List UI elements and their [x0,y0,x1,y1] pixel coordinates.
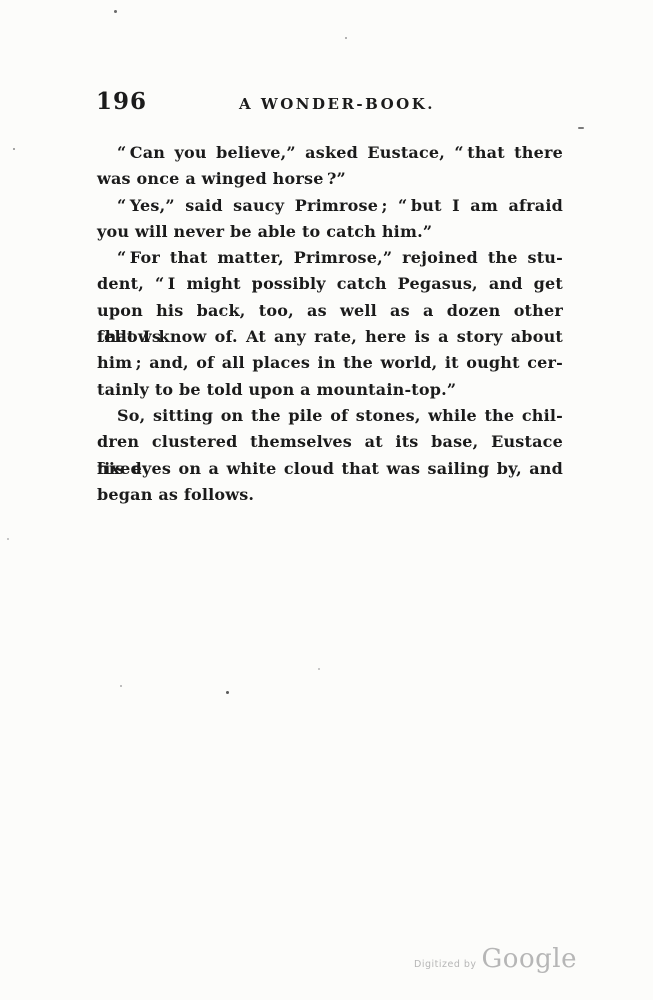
text-line: “ Yes,” said saucy Primrose ; “ but I am… [97,193,563,219]
text-line: dent, “ I might possibly catch Pegasus, … [97,271,563,297]
body-text: “ Can you believe,” asked Eustace, “ tha… [97,140,563,508]
scan-speck-6 [7,538,9,540]
google-logo: Google [482,946,577,972]
text-line: upon his back, too, as well as a dozen o… [97,298,563,324]
scan-speck-5 [221,314,223,316]
digitized-watermark: Digitized by Google [414,946,577,972]
scan-speck-7 [120,685,122,687]
text-line: So, sitting on the pile of stones, while… [97,403,563,429]
text-line: “ Can you believe,” asked Eustace, “ tha… [97,140,563,166]
text-line: tainly to be told upon a mountain-top.” [97,377,563,403]
scan-speck-2 [345,37,347,39]
digitized-by-label: Digitized by [414,959,477,970]
text-line: you will never be able to catch him.” [97,219,563,245]
scan-speck-9 [318,668,320,670]
text-line: him ; and, of all places in the world, i… [97,350,563,376]
scan-speck-1 [114,10,117,13]
running-title: A WONDER-BOOK. [239,97,435,112]
text-line: dren clustered themselves at its base, E… [97,429,563,455]
scan-speck-3 [578,127,584,129]
text-line: began as follows. [97,482,563,508]
scanned-book-page: 196 A WONDER-BOOK. “ Can you believe,” a… [0,0,653,1000]
page-number: 196 [96,90,147,113]
text-line: that I know of. At any rate, here is a s… [97,324,563,350]
scan-speck-8 [226,691,229,694]
text-line: was once a winged horse ?” [97,166,563,192]
text-line: “ For that matter, Primrose,” rejoined t… [97,245,563,271]
scan-speck-4 [13,148,15,150]
text-line: his eyes on a white cloud that was saili… [97,456,563,482]
